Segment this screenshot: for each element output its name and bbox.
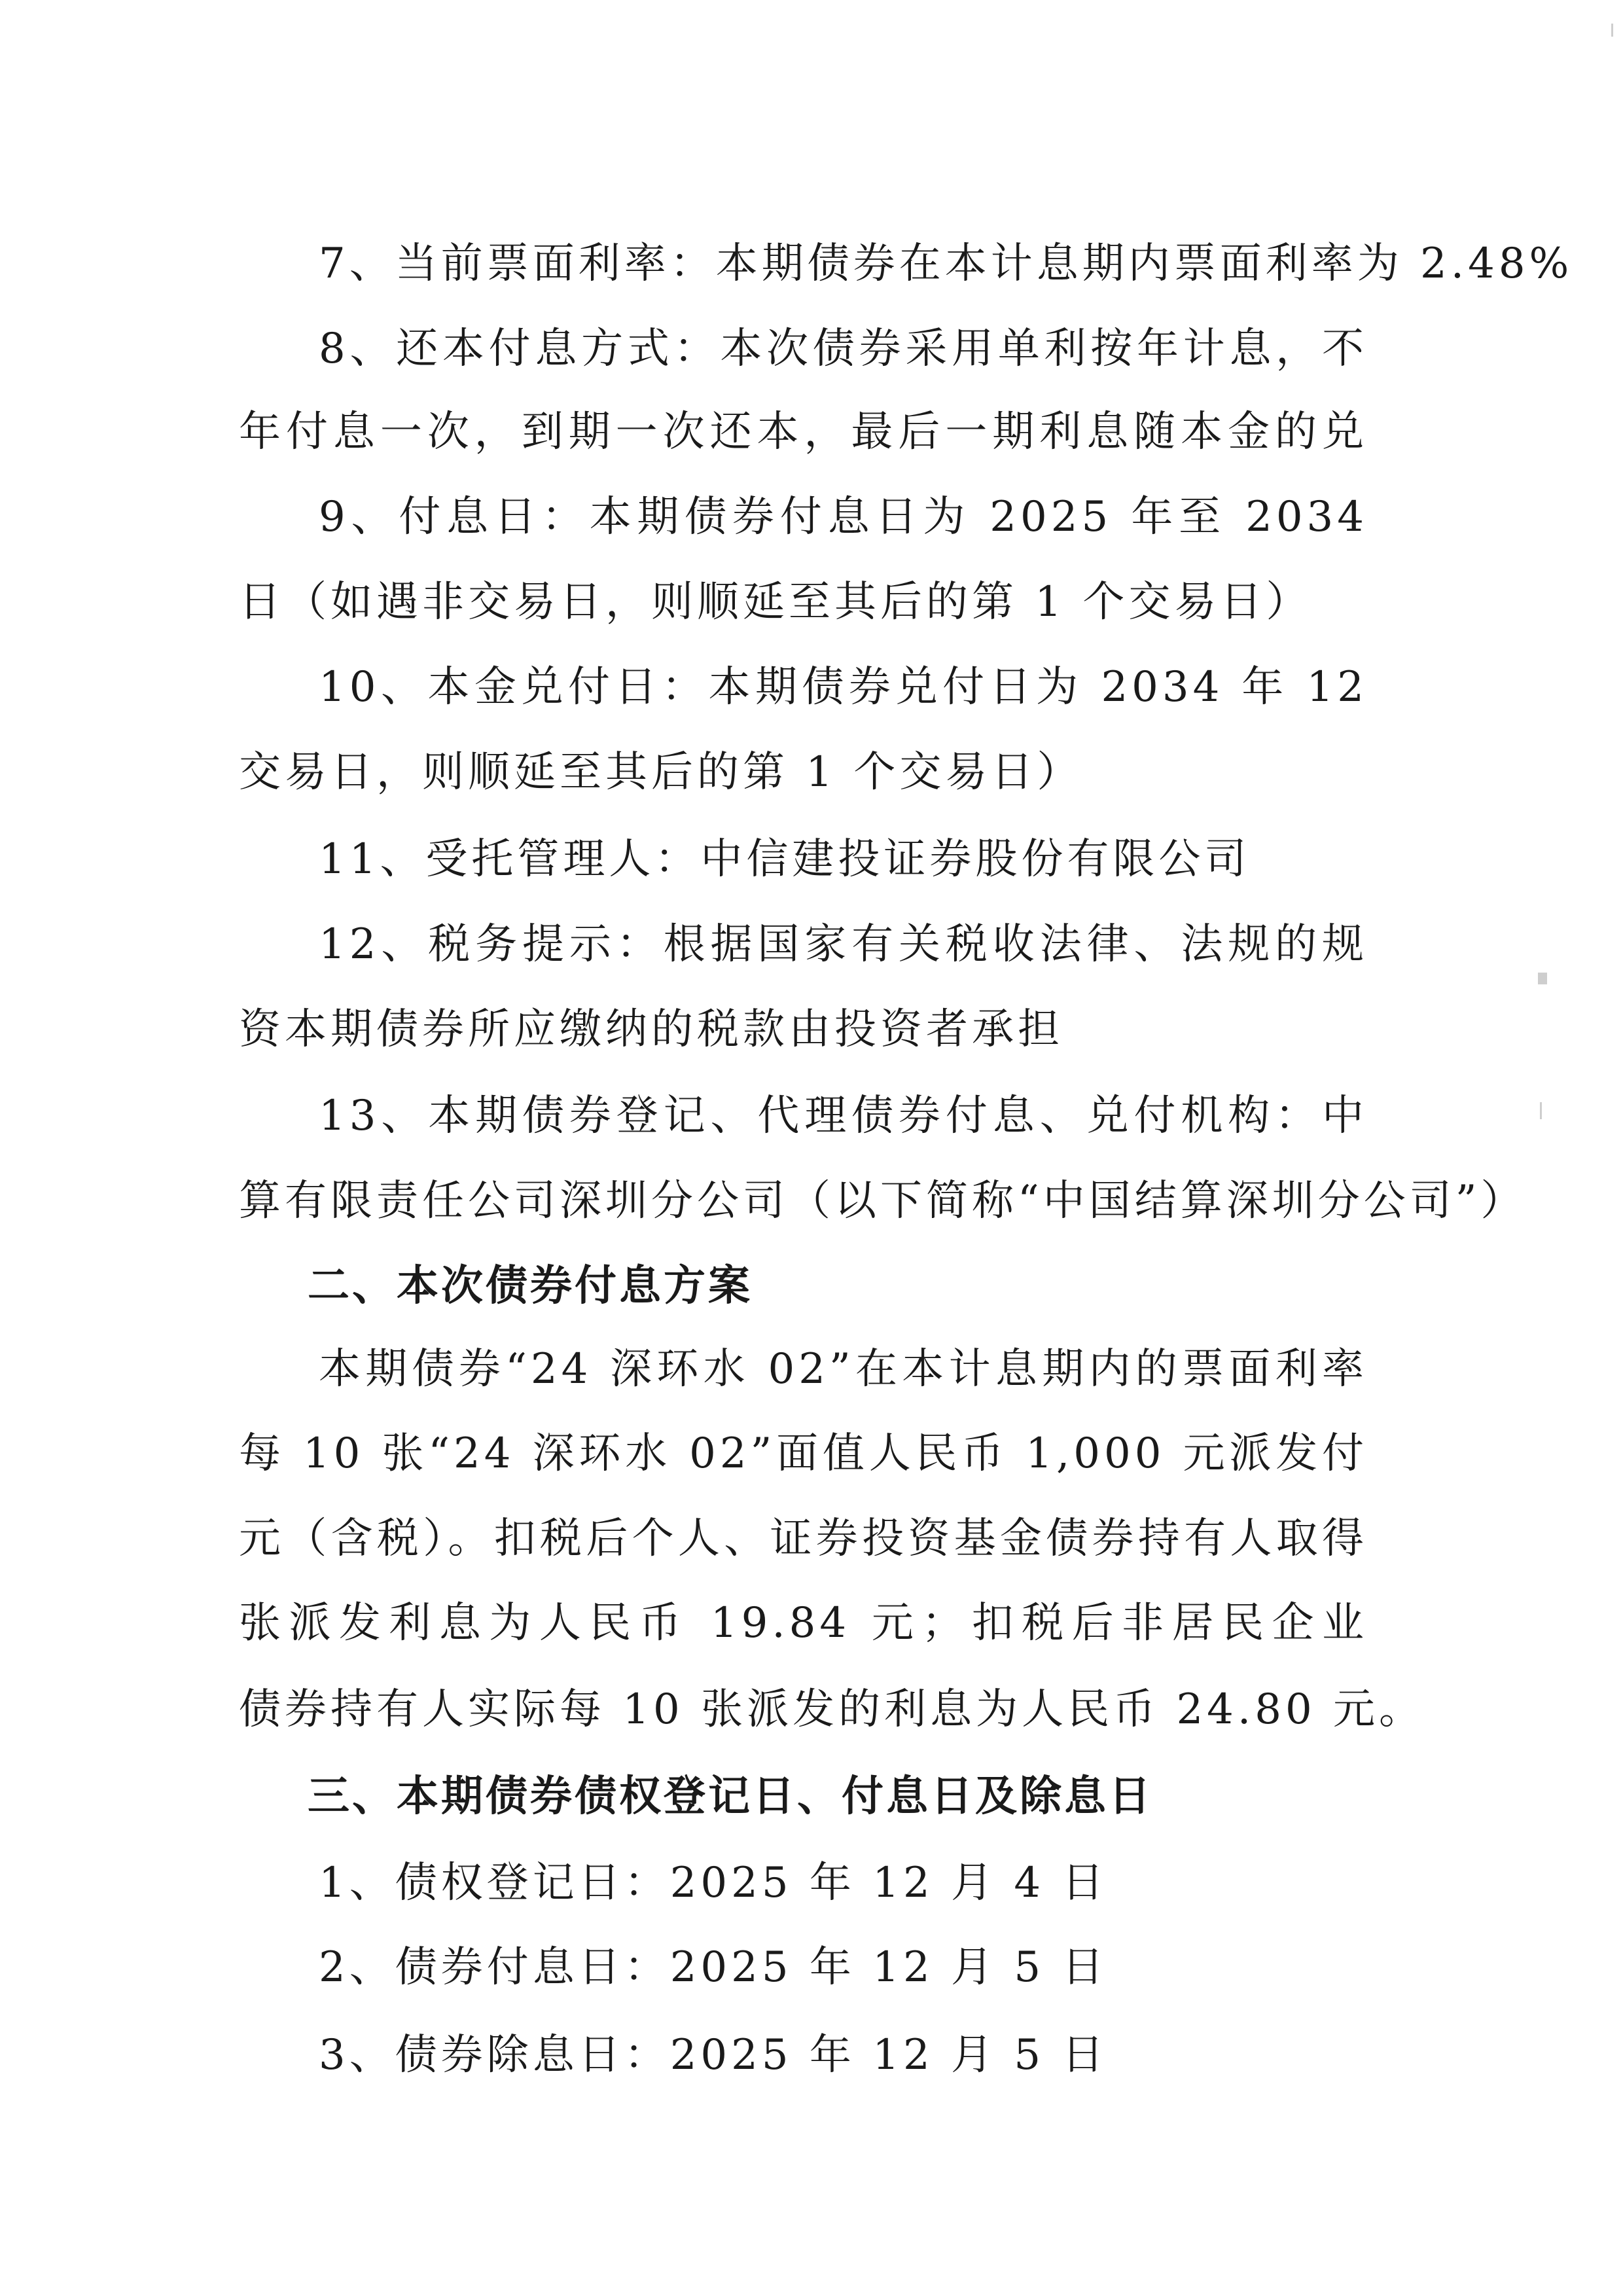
item-9-interest-date-line-2: 日（如遇非交易日，则顺延至其后的第 1 个交易日） [239,569,1368,635]
item-11-trustee: 11、受托管理人：中信建投证券股份有限公司 [319,827,1368,892]
section-two-paragraph-line-4: 张派发利息为人民币 19.84 元；扣税后非居民企业（包含 QFII、RQFII… [239,1590,1368,1656]
scan-artifact-mark [1611,24,1613,37]
item-12-tax-notice-line-2: 资本期债券所应缴纳的税款由投资者承担 [239,997,1368,1062]
section-three-heading: 三、本期债券债权登记日、付息日及除息日 [308,1764,1436,1829]
item-13-agency-line-1: 13、本期债券登记、代理债券付息、兑付机构：中国证券登记结 [319,1083,1368,1149]
section-two-paragraph-line-1: 本期债券“24 深环水 02”在本计息期内的票面利率为 2.48%。 [319,1336,1368,1402]
item-7-coupon-rate: 7、当前票面利率：本期债券在本计息期内票面利率为 2.48% [319,231,1368,296]
item-10-principal-date-line-1: 10、本金兑付日：本期债券兑付日为 2034 年 12 月 5 日（如遇非 [319,655,1368,720]
section-two-paragraph-line-2: 每 10 张“24 深环水 02”面值人民币 1,000 元派发付息为人民币 2… [239,1421,1368,1486]
section-two-paragraph-line-5: 债券持有人实际每 10 张派发的利息为人民币 24.80 元。 [239,1677,1368,1742]
section-three-ex-interest-date: 3、债券除息日：2025 年 12 月 5 日 [319,2022,1368,2088]
scan-artifact-mark [1538,973,1547,984]
document-page: 7、当前票面利率：本期债券在本计息期内票面利率为 2.48% 8、还本付息方式：… [0,0,1623,2296]
item-9-interest-date-line-1: 9、付息日：本期债券付息日为 2025 年至 2034 年每年的 12 月 5 [319,484,1368,550]
section-three-record-date: 1、债权登记日：2025 年 12 月 4 日 [319,1850,1368,1916]
item-12-tax-notice-line-1: 12、税务提示：根据国家有关税收法律、法规的规定，投资者投 [319,912,1368,977]
item-10-principal-date-line-2: 交易日，则顺延至其后的第 1 个交易日） [239,740,1368,805]
section-three-payment-date: 2、债券付息日：2025 年 12 月 5 日 [319,1935,1368,2000]
item-8-repayment-method-line-2: 年付息一次，到期一次还本，最后一期利息随本金的兑付一起支付 [239,399,1368,465]
scan-artifact-mark [1540,1102,1542,1119]
section-two-heading: 二、本次债券付息方案 [308,1253,1436,1319]
item-8-repayment-method-line-1: 8、还本付息方式：本次债券采用单利按年计息，不计复利。每 [319,316,1368,382]
item-13-agency-line-2: 算有限责任公司深圳分公司（以下简称“中国结算深圳分公司”） [239,1168,1368,1234]
section-two-paragraph-line-3: 元（含税）。扣税后个人、证券投资基金债券持有人取得的实际每 10 [239,1506,1368,1571]
